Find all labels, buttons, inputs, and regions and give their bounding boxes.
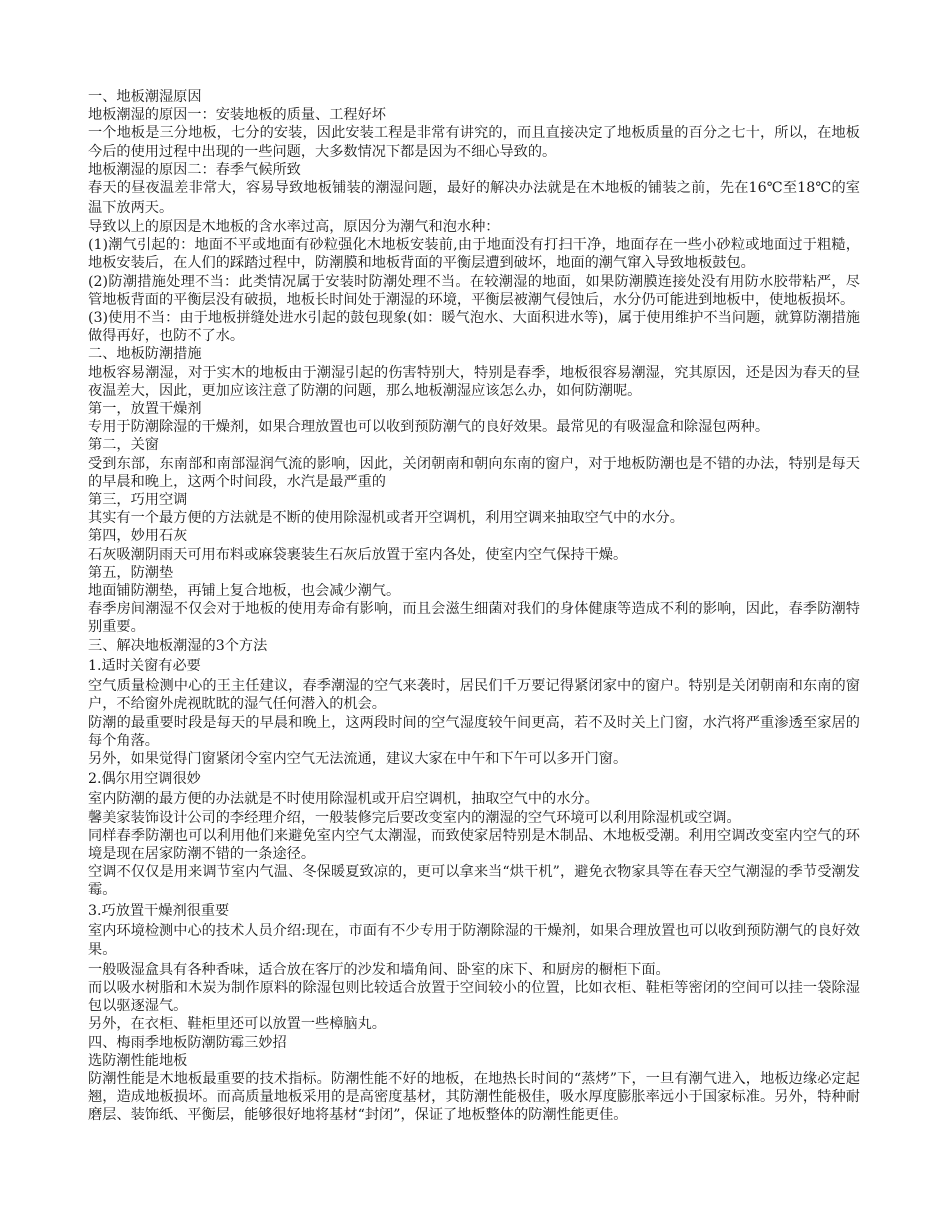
subheading: 第二，关窗 [88,436,860,454]
paragraph: 防潮性能是木地板最重要的技术指标。防潮性能不好的地板，在地热长时间的“蒸烤”下，… [88,1070,860,1125]
paragraph: 地面铺防潮垫，再铺上复合地板，也会减少潮气。 [88,582,860,600]
numbered-heading: 3.巧放置干燥剂很重要 [88,902,860,920]
numbered-heading: 2.偶尔用空调很妙 [88,770,860,788]
subheading: 地板潮湿的原因一：安装地板的质量、工程好坏 [88,106,860,124]
paragraph: (2)防潮措施处理不当：此类情况属于安装时防潮处理不当。在较潮湿的地面，如果防潮… [88,273,860,309]
paragraph: 室内防潮的最方便的办法就是不时使用除湿机或开启空调机，抽取空气中的水分。 [88,790,860,808]
paragraph: 石灰吸潮阴雨天可用布料或麻袋裹装生石灰后放置于室内各处，使室内空气保持干燥。 [88,546,860,564]
subheading: 第四，妙用石灰 [88,527,860,545]
paragraph: 空调不仅仅是用来调节室内气温、冬保暖夏致凉的，更可以拿来当“烘干机”，避免衣物家… [88,863,860,899]
subheading: 第五，防潮垫 [88,564,860,582]
numbered-heading: 1.适时关窗有必要 [88,657,860,675]
paragraph: 春季房间潮湿不仅会对于地板的使用寿命有影响，而且会滋生细菌对我们的身体健康等造成… [88,600,860,636]
paragraph: 另外，如果觉得门窗紧闭令室内空气无法流通，建议大家在中午和下午可以多开门窗。 [88,750,860,768]
paragraph: 空气质量检测中心的王主任建议，春季潮湿的空气来袭时，居民们千万要记得紧闭家中的窗… [88,677,860,713]
paragraph: 专用于防潮除湿的干燥剂，如果合理放置也可以收到预防潮气的良好效果。最常见的有吸湿… [88,418,860,436]
section-heading: 三、解决地板潮湿的3个方法 [88,637,860,655]
subheading: 第一，放置干燥剂 [88,400,860,418]
paragraph: 地板容易潮湿，对于实木的地板由于潮湿引起的伤害特别大，特别是春季，地板很容易潮湿… [88,364,860,400]
subheading: 选防潮性能地板 [88,1052,860,1070]
document-body: 一、地板潮湿原因 地板潮湿的原因一：安装地板的质量、工程好坏 一个地板是三分地板… [88,88,860,1125]
paragraph: 一个地板是三分地板，七分的安装，因此安装工程是非常有讲究的，而且直接决定了地板质… [88,124,860,160]
paragraph: 室内环境检测中心的技术人员介绍:现在，市面有不少专用于防潮除湿的干燥剂，如果合理… [88,922,860,961]
paragraph: (1)潮气引起的：地面不平或地面有砂粒强化木地板安装前,由于地面没有打扫干净，地… [88,236,860,272]
paragraph: 一般吸湿盒具有各种香味，适合放在客厅的沙发和墙角间、卧室的床下、和厨房的橱柜下面… [88,961,860,979]
paragraph: 其实有一个最方便的方法就是不断的使用除湿机或者开空调机，利用空调来抽取空气中的水… [88,509,860,527]
paragraph: 同样春季防潮也可以利用他们来避免室内空气太潮湿，而致使家居特别是木制品、木地板受… [88,827,860,863]
paragraph: 馨美家装饰设计公司的李经理介绍，一般装修完后要改变室内的潮湿的空气环境可以利用除… [88,809,860,827]
subheading: 地板潮湿的原因二：春季气候所致 [88,161,860,179]
paragraph: (3)使用不当：由于地板拼缝处进水引起的鼓包现象(如：暖气泡水、大面积进水等)，… [88,309,860,345]
paragraph: 而以吸水树脂和木炭为制作原料的除湿包则比较适合放置于空间较小的位置，比如衣柜、鞋… [88,979,860,1015]
paragraph: 另外，在衣柜、鞋柜里还可以放置一些樟脑丸。 [88,1015,860,1033]
subheading: 第三，巧用空调 [88,491,860,509]
paragraph: 春天的昼夜温差非常大，容易导致地板铺装的潮湿问题，最好的解决办法就是在木地板的铺… [88,179,860,218]
section-heading: 二、地板防潮措施 [88,345,860,363]
section-heading: 四、梅雨季地板防潮防霉三妙招 [88,1034,860,1052]
paragraph: 受到东部，东南部和南部湿润气流的影响，因此，关闭朝南和朝向东南的窗户，对于地板防… [88,455,860,491]
paragraph: 导致以上的原因是木地板的含水率过高，原因分为潮气和泡水种： [88,218,860,236]
paragraph: 防潮的最重要时段是每天的早晨和晚上，这两段时间的空气湿度较午间更高，若不及时关上… [88,714,860,750]
section-heading: 一、地板潮湿原因 [88,88,860,106]
